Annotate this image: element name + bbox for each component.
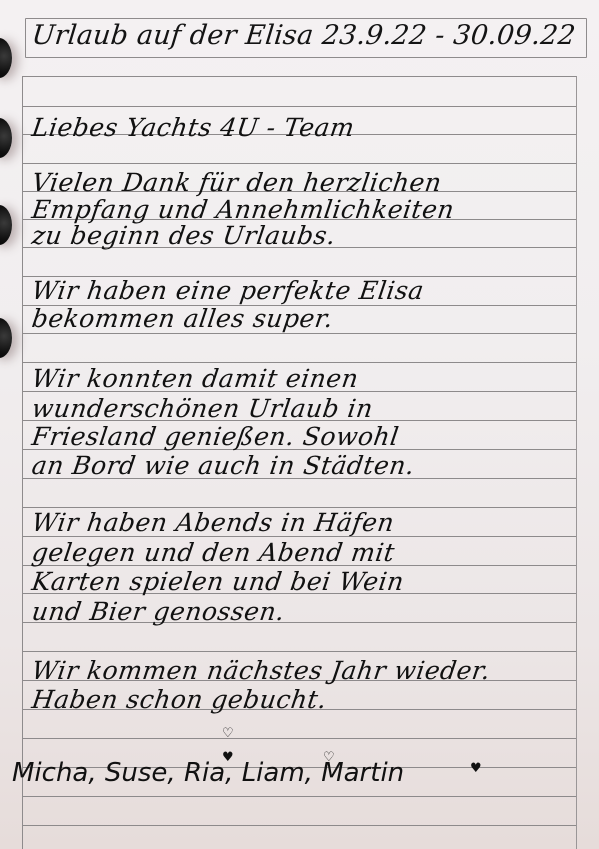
binder-ring: [0, 205, 12, 245]
rule-line: [23, 796, 576, 797]
handwritten-line: Wir haben eine perfekte Elisa: [30, 277, 426, 305]
handwritten-line: wunderschönen Urlaub in: [30, 395, 375, 423]
signature: Micha, Suse, Ria, Liam, Martin: [12, 758, 404, 788]
page-title: Urlaub auf der Elisa 23.9.22 - 30.09.22: [30, 20, 577, 51]
rule-line: [23, 825, 576, 826]
handwritten-line: zu beginn des Urlaubs.: [30, 222, 337, 250]
greeting: Liebes Yachts 4U - Team: [30, 114, 356, 142]
rule-line: [23, 738, 576, 739]
handwritten-line: und Bier genossen.: [30, 598, 287, 626]
rule-line: [23, 651, 576, 652]
binder-ring: [0, 38, 12, 78]
heart-doodle-icon: ♥: [470, 761, 482, 776]
handwritten-line: Wir konnten damit einen: [30, 365, 360, 393]
handwritten-line: Empfang und Annehmlichkeiten: [30, 196, 456, 224]
binder-ring: [0, 118, 12, 158]
handwritten-line: Karten spielen und bei Wein: [30, 568, 406, 596]
rule-line: [23, 163, 576, 164]
rule-line: [23, 333, 576, 334]
rule-line: [23, 106, 576, 107]
handwritten-line: Haben schon gebucht.: [30, 686, 329, 714]
guestbook-page: Urlaub auf der Elisa 23.9.22 - 30.09.22 …: [0, 0, 599, 849]
binder-ring: [0, 318, 12, 358]
handwritten-line: Wir kommen nächstes Jahr wieder.: [30, 657, 492, 685]
rule-line: [23, 362, 576, 363]
handwritten-line: Vielen Dank für den herzlichen: [30, 169, 443, 197]
handwritten-line: an Bord wie auch in Städten.: [30, 452, 416, 480]
handwritten-line: gelegen und den Abend mit: [30, 539, 397, 567]
handwritten-line: bekommen alles super.: [30, 305, 335, 333]
heart-doodle-icon: ♡: [222, 726, 234, 741]
handwritten-line: Friesland genießen. Sowohl: [30, 423, 401, 451]
handwritten-line: Wir haben Abends in Häfen: [30, 509, 396, 537]
